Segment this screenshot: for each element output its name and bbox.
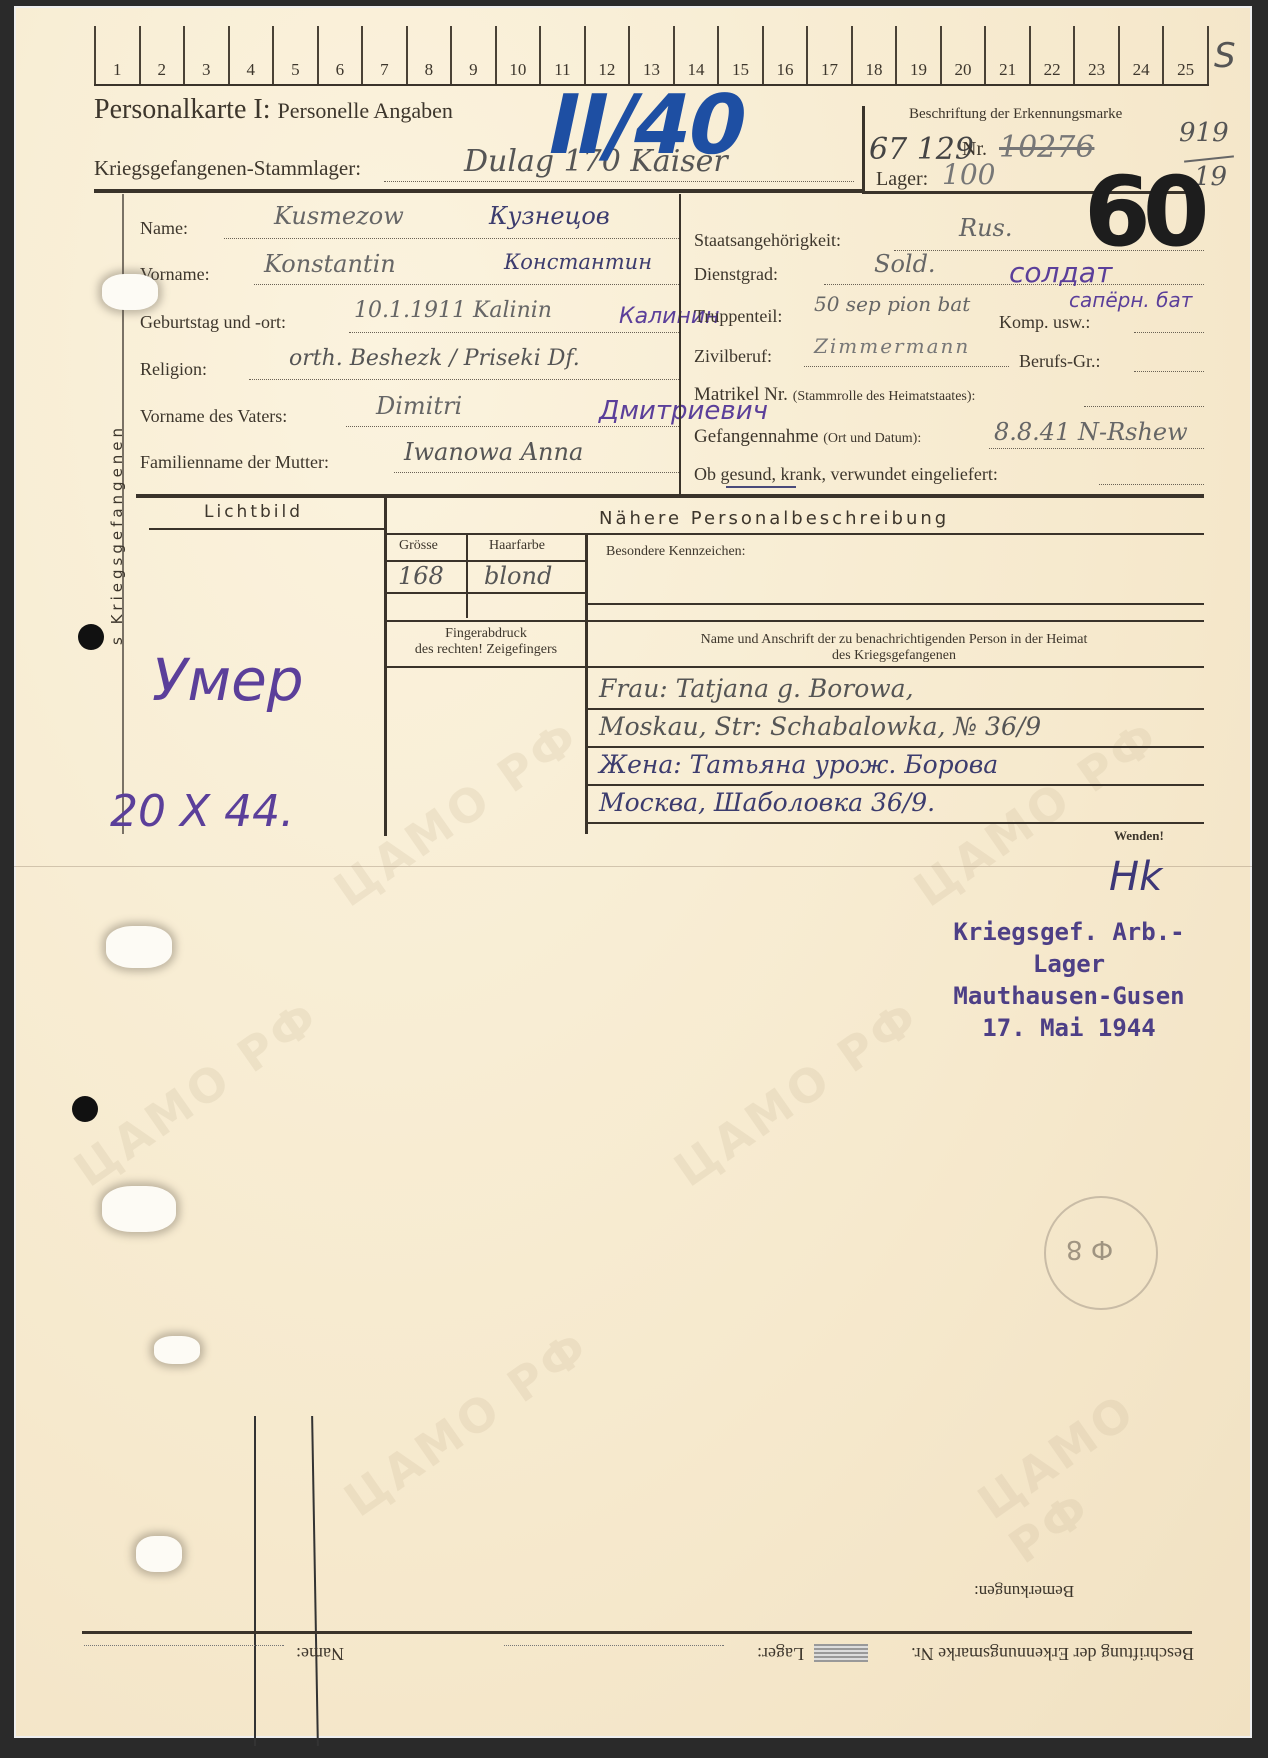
- back-lager-line: [504, 1645, 724, 1646]
- name-label: Name:: [140, 218, 188, 239]
- back-name-line: [84, 1645, 284, 1646]
- komp-line: [1134, 332, 1204, 333]
- fold-line: [14, 866, 1252, 867]
- vorname-line: [254, 284, 679, 285]
- gesund-underline: [726, 486, 796, 488]
- stamp-line-1: Kriegsgef. Arb.-Lager: [919, 916, 1219, 980]
- title: Personalkarte I:: [94, 94, 271, 125]
- paper-tear: [106, 926, 172, 968]
- ruler-cell: 5: [272, 26, 317, 84]
- death-note: Умер: [152, 646, 304, 714]
- ruler-cell: 2: [139, 26, 184, 84]
- gefangen-title: Gefangennahme: [694, 426, 819, 447]
- matrikel-note: (Stammrolle des Heimatstaates):: [793, 389, 976, 404]
- back-marke-label: Beschriftung der Erkennungsmarke Nr.: [911, 1643, 1194, 1664]
- stammlager-label: Kriegsgefangenen-Stammlager:: [94, 156, 361, 181]
- matrikel-label: Matrikel Nr. (Stammrolle des Heimatstaat…: [694, 384, 975, 406]
- watermark: ЦАМО РФ: [968, 1326, 1258, 1574]
- mutter-line: [394, 472, 679, 473]
- ruler-cell: 11: [539, 26, 584, 84]
- finger-label: Fingerabdruck des rechten! Zeigefingers: [386, 626, 586, 658]
- contact-top-rule: [386, 666, 1204, 668]
- erkennungsmarke-label: Beschriftung der Erkennungsmarke: [909, 106, 1122, 123]
- side-mark: S: [1214, 36, 1236, 76]
- religion-label: Religion:: [140, 359, 207, 380]
- name-cyrillic: Кузнецов: [489, 202, 610, 230]
- kennzeichen-label: Besondere Kennzeichen:: [606, 544, 746, 560]
- contact-rule: [586, 822, 1204, 824]
- stamp-initials: Hk: [1109, 854, 1162, 900]
- contact-line: Москва, Шаболовка 36/9.: [599, 788, 935, 817]
- ink-line: [311, 1416, 319, 1746]
- geburt-line: [349, 332, 679, 333]
- gefangen-label: Gefangennahme (Ort und Datum):: [694, 426, 921, 448]
- ruler-cell: 19: [895, 26, 940, 84]
- round-stamp-text: Ф 8: [1066, 1234, 1113, 1264]
- fraction-top: 919: [1179, 118, 1229, 148]
- ruler-cell: 9: [450, 26, 495, 84]
- haarfarbe-value: blond: [484, 562, 552, 590]
- geburt-value: 10.1.1911 Kalinin: [354, 298, 552, 323]
- paper-tear: [102, 1186, 176, 1232]
- truppenteil-value: 50 sep pion bat: [814, 292, 970, 316]
- big-number: 60: [1084, 156, 1202, 268]
- lager-label: Lager:: [876, 168, 928, 191]
- contact-label-1: Name und Anschrift der zu benachrichtige…: [594, 632, 1194, 648]
- ruler-cell: 12: [584, 26, 629, 84]
- truppenteil-cyrillic: сапёрн. бат: [1069, 288, 1192, 312]
- finger-label-2: des rechten! Zeigefingers: [386, 642, 586, 658]
- side-vertical-text-wrap: s Kriegsgefangenen: [92, 361, 122, 661]
- section-title: Nähere Personalbeschreibung: [599, 508, 949, 529]
- berufsgr-label: Berufs-Gr.:: [1019, 351, 1100, 372]
- ruler-cell: 1: [94, 26, 139, 84]
- gefangen-value: 8.8.41 N-Rshew: [994, 418, 1188, 446]
- contact-line: Жена: Татьяна урож. Борова: [599, 750, 998, 779]
- punch-hole: [78, 624, 104, 650]
- gefangen-note: (Ort und Datum):: [823, 431, 921, 446]
- vorname-cyrillic: Константин: [504, 250, 652, 274]
- matrikel-title: Matrikel Nr.: [694, 384, 788, 405]
- mutter-value: Iwanowa Anna: [404, 438, 583, 466]
- zivilberuf-label: Zivilberuf:: [694, 346, 772, 367]
- contact-label: Name und Anschrift der zu benachrichtige…: [594, 632, 1194, 664]
- berufsgr-line: [1134, 371, 1204, 372]
- ruler-cell: 13: [628, 26, 673, 84]
- watermark: ЦАМО РФ: [64, 989, 330, 1198]
- contact-rule: [586, 784, 1204, 786]
- ink-line: [254, 1416, 256, 1746]
- stamp-line-2: Mauthausen-Gusen: [919, 980, 1219, 1012]
- watermark: ЦАМО РФ: [324, 709, 590, 918]
- paper-tear: [136, 1536, 182, 1572]
- matrikel-line: [1084, 406, 1204, 407]
- back-lager-label: Lager:: [757, 1643, 804, 1664]
- size-value-rule: [386, 592, 586, 594]
- column-divider: [679, 194, 681, 494]
- ruler-cell: 7: [361, 26, 406, 84]
- gesund-line: [1099, 484, 1204, 485]
- camp-number: II/40: [539, 78, 754, 173]
- gefangen-line: [989, 448, 1204, 449]
- staat-label: Staatsangehörigkeit:: [694, 230, 841, 251]
- ruler-cell: 20: [940, 26, 985, 84]
- nr-value-struck: 10276: [999, 130, 1094, 165]
- lichtbild-rule: [149, 528, 384, 530]
- subtitle: Personelle Angaben: [278, 98, 453, 123]
- lager-value: 100: [942, 158, 995, 191]
- side-vertical-text: s Kriegsgefangenen: [108, 355, 126, 645]
- ruler-cell: 4: [228, 26, 273, 84]
- header-divider: [862, 106, 865, 194]
- haarfarbe-label: Haarfarbe: [489, 538, 545, 554]
- vater-value: Dimitri: [376, 392, 462, 420]
- finger-label-1: Fingerabdruck: [386, 626, 586, 642]
- dienstgrad-label: Dienstgrad:: [694, 264, 778, 285]
- section-title-rule: [386, 533, 1204, 535]
- religion-line: [249, 379, 679, 380]
- zivilberuf-value: Zimmermann: [814, 334, 970, 358]
- death-date: 20 X 44.: [110, 786, 294, 837]
- ruler-cell: 17: [806, 26, 851, 84]
- redacted-block: [814, 1644, 868, 1662]
- zivilberuf-line: [804, 366, 1009, 367]
- paper-tear: [102, 274, 158, 310]
- name-line: [224, 238, 679, 239]
- ruler-cell: 3: [183, 26, 228, 84]
- ruler-cell: 22: [1029, 26, 1074, 84]
- ruler-cell: 16: [762, 26, 807, 84]
- komp-label: Komp. usw.:: [999, 312, 1090, 333]
- dienstgrad-value: Sold.: [874, 250, 936, 278]
- vater-label: Vorname des Vaters:: [140, 406, 287, 427]
- camp-stamp: Kriegsgef. Arb.-Lager Mauthausen-Gusen 1…: [919, 916, 1219, 1044]
- back-rule: [82, 1631, 1192, 1634]
- contact-line: Frau: Tatjana g. Borowa,: [599, 674, 914, 703]
- staat-line: [894, 250, 1204, 251]
- ruler-cell: 14: [673, 26, 718, 84]
- staat-value: Rus.: [959, 214, 1012, 242]
- ruler-cell: 24: [1118, 26, 1163, 84]
- lichtbild-label: Lichtbild: [204, 502, 303, 522]
- back-fields: Beschriftung der Erkennungsmarke Nr. Lag…: [74, 1636, 1194, 1668]
- ruler-cell: 21: [984, 26, 1029, 84]
- groesse-divider: [466, 534, 468, 618]
- contact-rule: [586, 746, 1204, 748]
- name-value: Kusmezow: [274, 202, 404, 230]
- groesse-value: 168: [398, 562, 444, 590]
- section-rule: [136, 494, 1204, 498]
- card-title: Personalkarte I: Personelle Angaben: [94, 94, 453, 126]
- stammlager-line: [384, 181, 854, 182]
- finger-top-rule: [386, 620, 1204, 622]
- religion-value: orth. Beshezk / Priseki Df.: [289, 346, 580, 371]
- vorname-value: Konstantin: [264, 250, 396, 278]
- back-name-label: Name:: [296, 1643, 344, 1664]
- round-stamp: Ф 8: [1044, 1196, 1158, 1310]
- kennzeichen-rule: [586, 603, 1204, 605]
- geburt-label: Geburtstag und -ort:: [140, 312, 286, 333]
- desc-divider: [585, 534, 588, 834]
- wenden-label: Wenden!: [1114, 828, 1164, 844]
- ruler-cell: 18: [851, 26, 896, 84]
- groesse-label: Grösse: [399, 538, 438, 554]
- watermark: ЦАМО РФ: [334, 1319, 600, 1528]
- gesund-label: Ob gesund, krank, verwundet eingeliefert…: [694, 464, 998, 485]
- contact-label-2: des Kriegsgefangenen: [594, 648, 1194, 664]
- mutter-label: Familienname der Mutter:: [140, 452, 329, 473]
- dienstgrad-cyrillic: солдат: [1009, 256, 1112, 289]
- contact-line: Moskau, Str: Schabalowka, № 36/9: [599, 712, 1041, 741]
- number-ruler: 1234567891011121314151617181920212223242…: [94, 26, 1209, 86]
- paper-tear: [154, 1336, 200, 1364]
- ruler-cell: 15: [717, 26, 762, 84]
- vater-line: [346, 426, 679, 427]
- bemerkungen-label: Bemerkungen:: [974, 1581, 1074, 1601]
- ruler-cell: 8: [406, 26, 451, 84]
- watermark: ЦАМО РФ: [664, 989, 930, 1198]
- ruler-cell: 23: [1073, 26, 1118, 84]
- punch-hole: [72, 1096, 98, 1122]
- ruler-cell: 25: [1162, 26, 1209, 84]
- contact-rule: [586, 708, 1204, 710]
- ruler-cell: 10: [495, 26, 540, 84]
- header-rule: [94, 189, 864, 193]
- ruler-cell: 6: [317, 26, 362, 84]
- stamp-date: 17. Mai 1944: [919, 1012, 1219, 1044]
- personalkarte-document: ЦАМО РФ ЦАМО РФ ЦАМО РФ ЦАМО РФ ЦАМО РФ …: [14, 6, 1252, 1738]
- truppenteil-label: Truppenteil:: [694, 306, 782, 327]
